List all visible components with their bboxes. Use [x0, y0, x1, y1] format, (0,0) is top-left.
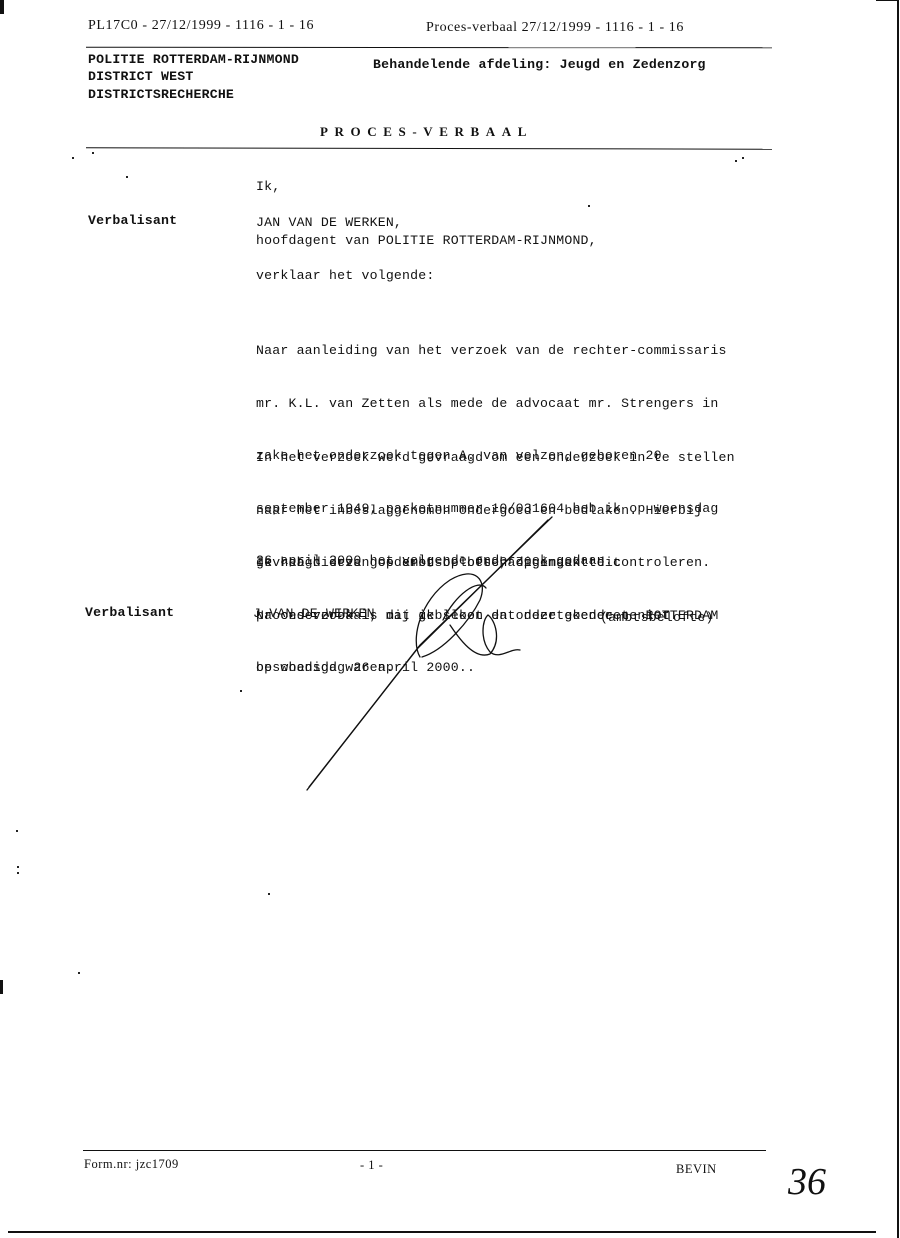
page-left-edge	[0, 0, 4, 14]
paragraph-line: mr. K.L. van Zetten als mede de advocaat…	[256, 395, 796, 413]
handling-department: Behandelende afdeling: Jeugd en Zedenzor…	[373, 57, 706, 72]
officer-rank: hoofdagent van POLITIE ROTTERDAM-RIJNMON…	[256, 233, 597, 248]
form-code: BEVIN	[676, 1162, 717, 1177]
page-top-border	[876, 0, 898, 1]
page-right-border	[897, 0, 899, 1238]
footer-rule	[83, 1150, 766, 1151]
declaration-text: verklaar het volgende:	[256, 268, 435, 283]
organization-unit: DISTRICTSRECHERCHE	[88, 87, 234, 102]
paragraph-line: naar het inbeslaggenomen ondergoed en be…	[256, 502, 796, 520]
officer-name: JAN VAN DE WERKEN,	[256, 215, 402, 230]
form-number: Form.nr: jzc1709	[84, 1157, 179, 1172]
verbalisant-label: Verbalisant	[88, 213, 177, 228]
paragraph-line: In het verzoek werd gevraagd om een onde…	[256, 449, 796, 467]
header-rule	[86, 47, 772, 49]
paragraph-line: Naar aanleiding van het verzoek van de r…	[256, 342, 796, 360]
signature-verbalisant-label: Verbalisant	[85, 605, 174, 620]
header-left-reference: PL17C0 - 27/12/1999 - 1116 - 1 - 16	[88, 18, 314, 34]
title-rule	[86, 147, 772, 149]
paragraph-line: Ik heb hiervan op ambtsbelofte, opgemaak…	[256, 554, 796, 572]
scan-noise	[735, 160, 737, 162]
scan-noise	[17, 872, 19, 874]
scan-noise	[92, 152, 94, 154]
handwritten-page-number: 36	[788, 1160, 826, 1204]
scan-noise	[268, 893, 270, 895]
header-right-reference: Proces-verbaal 27/12/1999 - 1116 - 1 - 1…	[426, 20, 684, 36]
document-page: PL17C0 - 27/12/1999 - 1116 - 1 - 16 Proc…	[0, 0, 900, 1238]
oath-label: (ambtsbelofte)	[600, 610, 714, 625]
scan-noise	[72, 157, 74, 159]
signatory-name: J VAN DE WERKEN	[253, 606, 375, 621]
page-number: - 1 -	[360, 1158, 383, 1173]
document-title: PROCES-VERBAAL	[320, 124, 533, 140]
page-left-edge-lower	[0, 980, 3, 994]
scan-noise	[588, 205, 590, 207]
organization-name: POLITIE ROTTERDAM-RIJNMOND	[88, 52, 299, 67]
scan-noise	[742, 157, 744, 159]
scan-noise	[16, 830, 18, 832]
scan-noise	[78, 972, 80, 974]
bottom-rule	[8, 1231, 876, 1233]
paragraph-line: op woensdag 26 april 2000..	[256, 659, 796, 677]
organization-district: DISTRICT WEST	[88, 69, 193, 84]
opening-text: Ik,	[256, 179, 280, 194]
scan-noise	[17, 866, 19, 868]
scan-noise	[126, 176, 128, 178]
scan-noise	[240, 690, 242, 692]
